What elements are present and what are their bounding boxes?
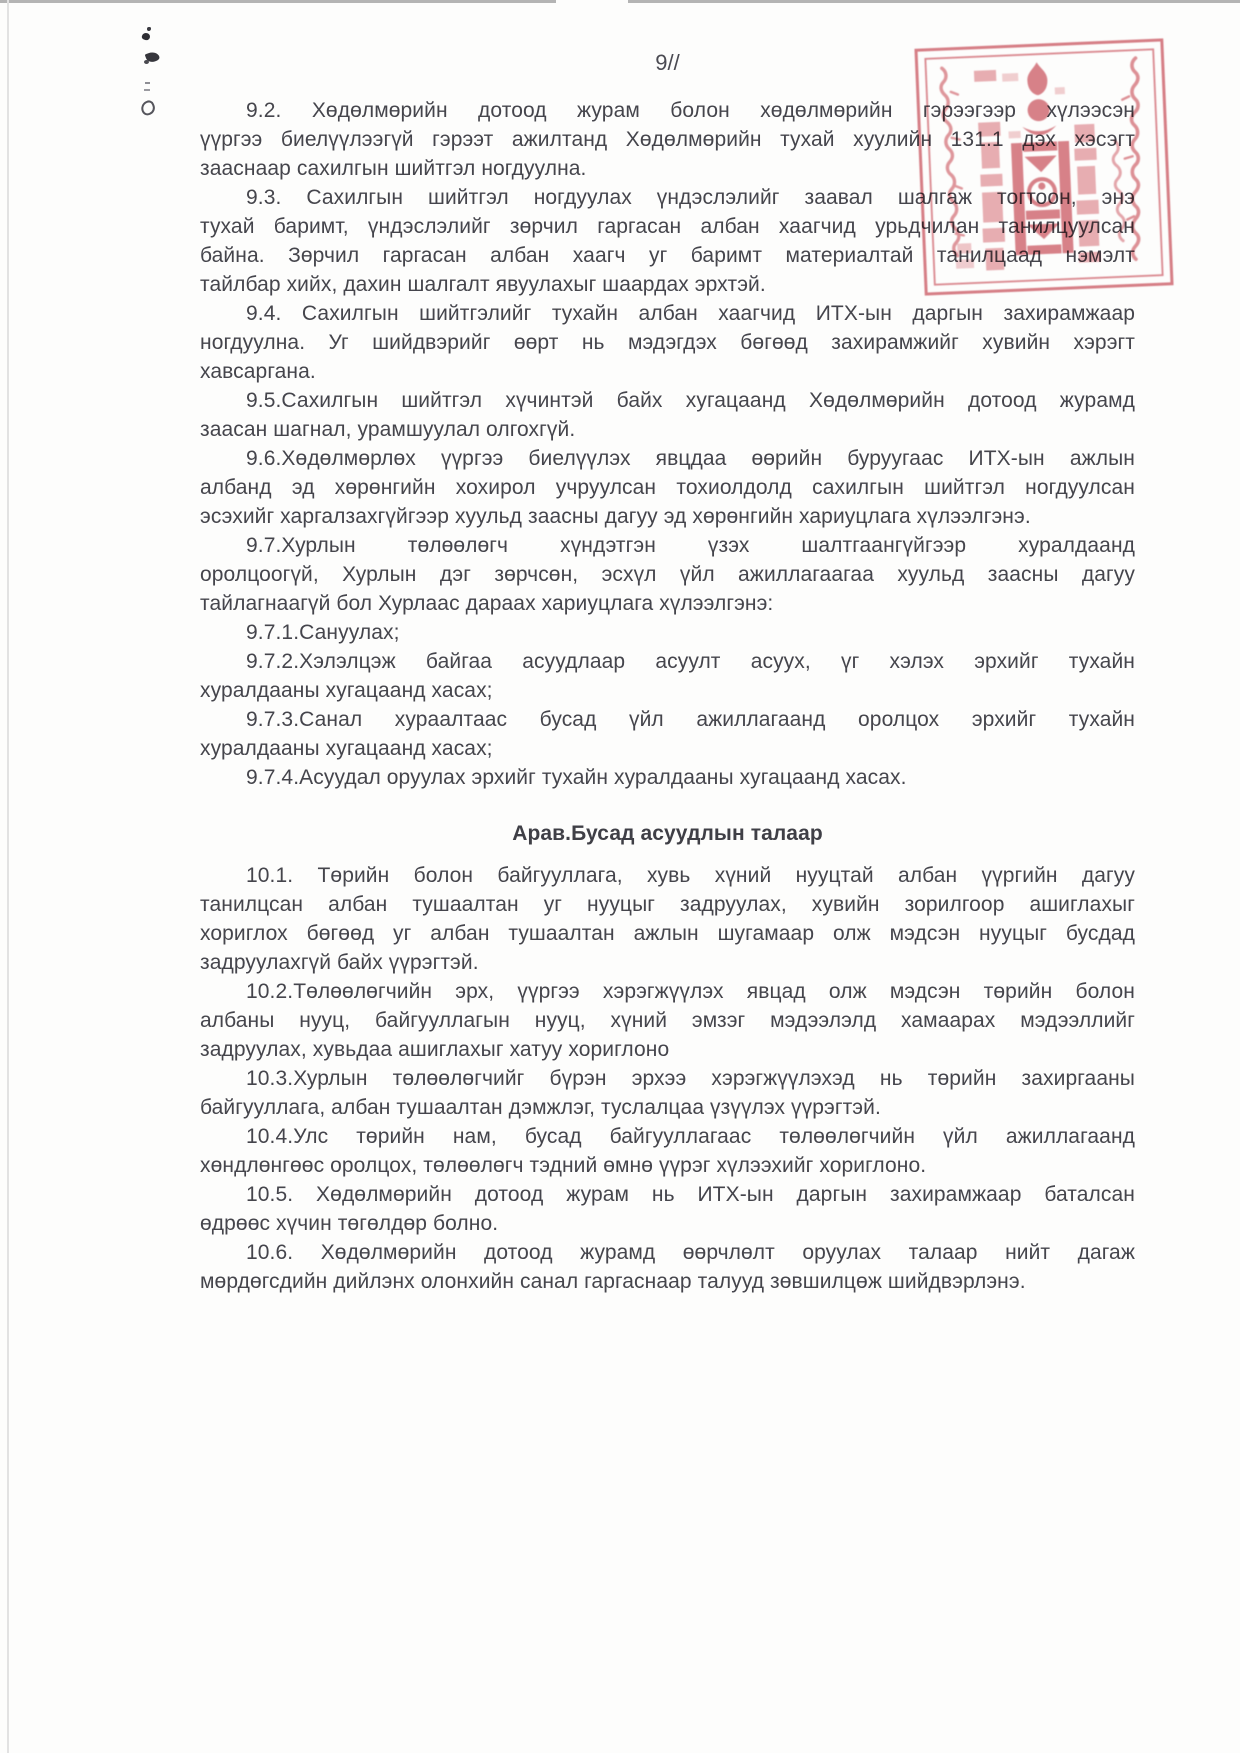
text-line: задруулахгүй байх үүрэгтэй. [200, 948, 1135, 977]
text-line: хориглох бөгөөд уг албан тушаалтан ажлын… [200, 919, 1135, 948]
paragraph: 9.4. Сахилгын шийтгэлийг тухайн албан ха… [200, 299, 1135, 386]
paragraph: 10.3.Хурлын төлөөлөгчийг бүрэн эрхээ хэр… [200, 1064, 1135, 1122]
text-line: 9.7.2.Хэлэлцэж байгаа асуудлаар асуулт а… [200, 647, 1135, 676]
paragraph: 10.4.Улс төрийн нам, бусад байгууллагаас… [200, 1122, 1135, 1180]
text-line: 9.6.Хөдөлмөрлөх үүргээ биелүүлэх явцдаа … [200, 444, 1135, 473]
text-line: 10.4.Улс төрийн нам, бусад байгууллагаас… [200, 1122, 1135, 1151]
text-line: хавсаргана. [200, 357, 1135, 386]
text-line: хуралдааны хугацаанд хасах; [200, 676, 1135, 705]
paragraph: 9.7.Хурлын төлөөлөгч хүндэтгэн үзэх шалт… [200, 531, 1135, 618]
scanned-document-page: 9// 9.2. Хөдөлмөрийн дотоод журам болон … [0, 0, 1240, 1753]
text-line: албанд эд хөрөнгийн хохирол учруулсан то… [200, 473, 1135, 502]
text-line: задруулах, хувьдаа ашиглахыг хатуу хориг… [200, 1035, 1135, 1064]
soyombo-flame [1027, 62, 1048, 96]
text-line: тайлагнаагүй бол Хурлаас дараах хариуцла… [200, 589, 1135, 618]
text-line: өдрөөс хүчин төгөлдөр болно. [200, 1209, 1135, 1238]
text-line: 10.2.Төлөөлөгчийн эрх, үүргээ хэрэгжүүлэ… [200, 977, 1135, 1006]
text-line: байгууллага, албан тушаалтан дэмжлэг, ту… [200, 1093, 1135, 1122]
paragraph: 10.2.Төлөөлөгчийн эрх, үүргээ хэрэгжүүлэ… [200, 977, 1135, 1064]
soyombo-left-bar [1011, 143, 1027, 255]
soyombo-right-bar [1058, 141, 1074, 253]
ink-mark [147, 27, 151, 31]
text-line: 9.4. Сахилгын шийтгэлийг тухайн албан ха… [200, 299, 1135, 328]
text-line: мөрдөгсдийн дийлэнх олонхийн санал гарга… [200, 1267, 1135, 1296]
stamp-graphic [913, 37, 1175, 297]
text-line: 9.7.4.Асуудал оруулах эрхийг тухайн хура… [200, 763, 1135, 792]
text-line: 9.7.1.Сануулах; [200, 618, 1135, 647]
paragraph: 10.1. Төрийн болон байгууллага, хувь хүн… [200, 861, 1135, 977]
text-line: 10.3.Хурлын төлөөлөгчийг бүрэн эрхээ хэр… [200, 1064, 1135, 1093]
paragraph: 9.7.1.Сануулах; [200, 618, 1135, 647]
text-line: 10.1. Төрийн болон байгууллага, хувь хүн… [200, 861, 1135, 890]
text-line: албаны нууц, байгууллагын нууц, хүний эм… [200, 1006, 1135, 1035]
text-line: эсэхийг харгалзахгүйгээр хуульд заасны д… [200, 502, 1135, 531]
paragraph: 10.5. Хөдөлмөрийн дотоод журам нь ИТХ-ын… [200, 1180, 1135, 1238]
mongol-script-column-right [1121, 58, 1146, 260]
ink-mark [145, 82, 150, 84]
ink-mark [139, 99, 158, 118]
soyombo-crescent [1022, 125, 1056, 135]
mongol-script-column-left [940, 68, 964, 257]
text-line: хөндлөнгөөс оролцох, төлөөлөгч тэдний өм… [200, 1151, 1135, 1180]
section-heading: Арав.Бусад асуудлын талаар [200, 819, 1135, 848]
text-line: ногдуулна. Уг шийдвэрийг өөрт нь мэдэгдэ… [200, 328, 1135, 357]
text-line: 10.5. Хөдөлмөрийн дотоод журам нь ИТХ-ын… [200, 1180, 1135, 1209]
paragraph: 10.6. Хөдөлмөрийн дотоод журамд өөрчлөлт… [200, 1238, 1135, 1296]
text-line: 9.5.Сахилгын шийтгэл хүчинтэй байх хугац… [200, 386, 1135, 415]
text-line: хуралдааны хугацаанд хасах; [200, 734, 1135, 763]
text-line: 9.7.3.Санал хураалтаас бусад үйл ажиллаг… [200, 705, 1135, 734]
mongol-script-column-inner-right [1073, 124, 1101, 263]
ink-mark [141, 32, 151, 41]
ink-mark [144, 89, 150, 91]
scan-edge-left [7, 0, 9, 1753]
scan-edge-notch [556, 0, 628, 3]
text-line: танилцсан албан тушаалтан уг нууцыг задр… [200, 890, 1135, 919]
paragraph: 9.7.4.Асуудал оруулах эрхийг тухайн хура… [200, 763, 1135, 792]
text-line: 10.6. Хөдөлмөрийн дотоод журамд өөрчлөлт… [200, 1238, 1135, 1267]
text-line: заасан шагнал, урамшуулал олгохгүй. [200, 415, 1135, 444]
mongol-script-column-mid-right [1112, 141, 1125, 241]
paragraph: 9.7.3.Санал хураалтаас бусад үйл ажиллаг… [200, 705, 1135, 763]
official-red-stamp [913, 37, 1175, 297]
paragraph: 9.5.Сахилгын шийтгэл хүчинтэй байх хугац… [200, 386, 1135, 444]
text-line: 9.7.Хурлын төлөөлөгч хүндэтгэн үзэх шалт… [200, 531, 1135, 560]
soyombo-sun [1027, 99, 1050, 122]
paragraph: 9.7.2.Хэлэлцэж байгаа асуудлаар асуулт а… [200, 647, 1135, 705]
text-line: оролцоогүй, Хурлын дэг зөрчсөн, эсхүл үй… [200, 560, 1135, 589]
ink-mark [144, 60, 149, 64]
paragraph: 9.6.Хөдөлмөрлөх үүргээ биелүүлэх явцдаа … [200, 444, 1135, 531]
